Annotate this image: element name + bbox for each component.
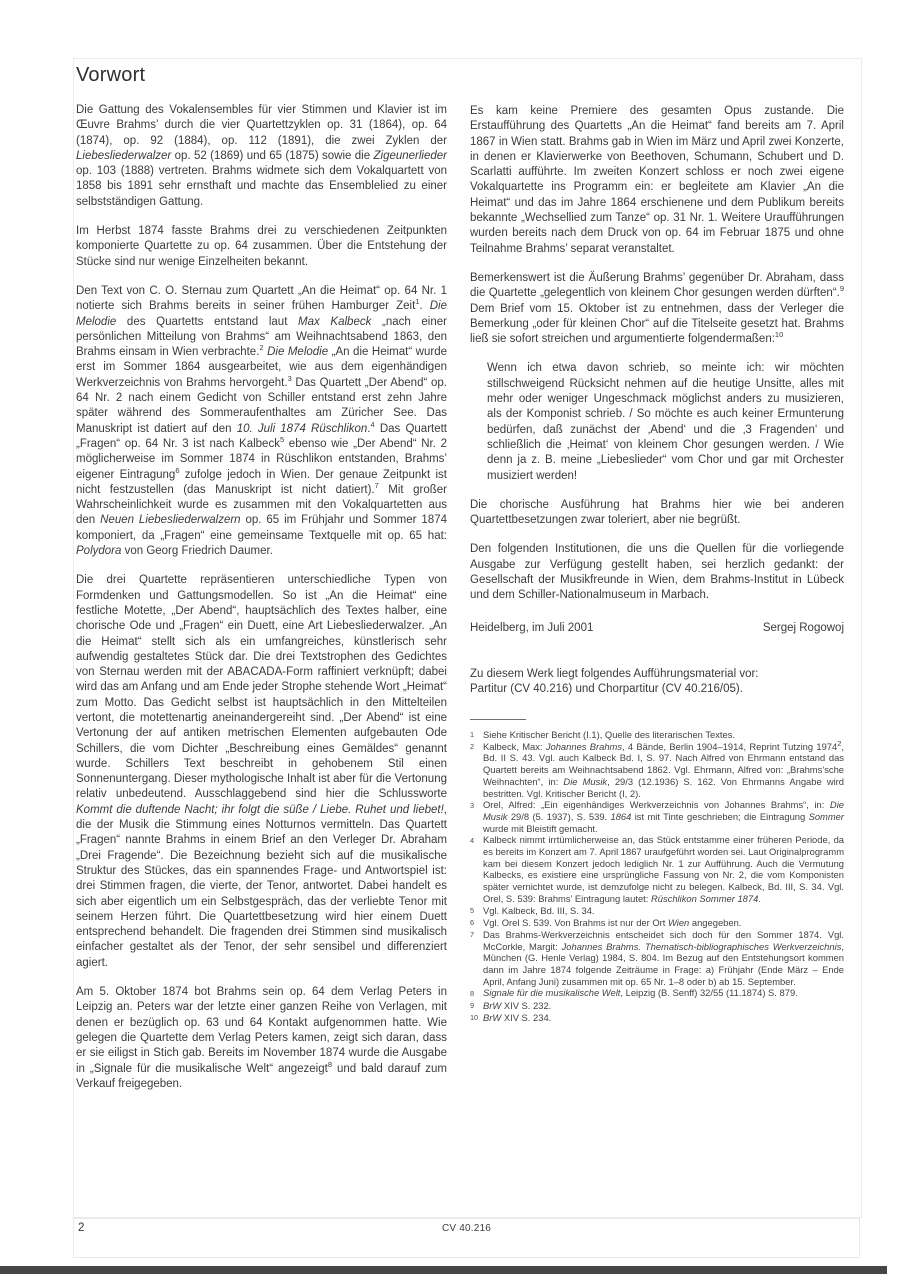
footnote-number: 9 (470, 1000, 483, 1012)
paragraph: Am 5. Oktober 1874 bot Brahms sein op. 6… (76, 985, 447, 1092)
footnote-separator (470, 719, 526, 720)
footnote-text: Siehe Kritischer Bericht (I.1), Quelle d… (483, 729, 844, 741)
footnote-item: 10 BrW XIV S. 234. (470, 1012, 844, 1024)
footnote-number: 6 (470, 917, 483, 929)
paragraph: Die chorische Ausführung hat Brahms hier… (470, 498, 844, 529)
footnote-number: 7 (470, 929, 483, 988)
paragraph: Es kam keine Premiere des gesamten Opus … (470, 104, 844, 257)
document-page: Vorwort Die Gattung des Vokalensembles f… (0, 0, 900, 1274)
footnote-item: 7 Das Brahms-Werkverzeichnis entscheidet… (470, 929, 844, 988)
signature-row: Heidelberg, im Juli 2001 Sergej Rogowoj (470, 621, 844, 636)
footnote-text: BrW XIV S. 234. (483, 1012, 844, 1024)
left-column: Vorwort Die Gattung des Vokalensembles f… (76, 64, 447, 1092)
material-note-line: Zu diesem Werk liegt folgendes Aufführun… (470, 667, 844, 682)
paragraph: Die drei Quartette repräsentieren unters… (76, 573, 447, 971)
footnote-item: 8 Signale für die musikalische Welt, Lei… (470, 987, 844, 999)
footnote-text: Vgl. Orel S. 539. Von Brahms ist nur der… (483, 917, 844, 929)
footnote-text: Vgl. Kalbeck, Bd. III, S. 34. (483, 905, 844, 917)
footnote-list: 1 Siehe Kritischer Bericht (I.1), Quelle… (470, 729, 844, 1025)
footnote-text: BrW XIV S. 232. (483, 1000, 844, 1012)
footnote-text: Orel, Alfred: „Ein eigenhändiges Werkver… (483, 799, 844, 834)
paragraph: Die Gattung des Vokalensembles für vier … (76, 103, 447, 210)
footnote-number: 2 (470, 741, 483, 800)
footnote-number: 3 (470, 799, 483, 834)
right-column: Es kam keine Premiere des gesamten Opus … (470, 64, 844, 1024)
page-title: Vorwort (76, 64, 447, 86)
footnote-number: 1 (470, 729, 483, 741)
page-footer: 2 CV 40.216 (73, 1218, 860, 1258)
footnote-number: 4 (470, 834, 483, 904)
footnote-text: Signale für die musikalische Welt, Leipz… (483, 987, 844, 999)
footnote-text: Das Brahms-Werkverzeichnis entscheidet s… (483, 929, 844, 988)
footnote-item: 9 BrW XIV S. 232. (470, 1000, 844, 1012)
signature-place-date: Heidelberg, im Juli 2001 (470, 621, 593, 636)
footnote-number: 8 (470, 987, 483, 999)
footnote-item: 5 Vgl. Kalbeck, Bd. III, S. 34. (470, 905, 844, 917)
footnote-number: 10 (470, 1012, 483, 1024)
footnote-item: 3 Orel, Alfred: „Ein eigenhändiges Werkv… (470, 799, 844, 834)
footnote-item: 1 Siehe Kritischer Bericht (I.1), Quelle… (470, 729, 844, 741)
performance-material-note: Zu diesem Werk liegt folgendes Aufführun… (470, 667, 844, 698)
footnote-item: 2 Kalbeck, Max: Johannes Brahms, 4 Bände… (470, 741, 844, 800)
quote-block: Wenn ich etwa davon schrieb, so meinte i… (487, 361, 844, 483)
footnote-item: 6 Vgl. Orel S. 539. Von Brahms ist nur d… (470, 917, 844, 929)
footnote-text: Kalbeck nimmt irrtümlicherweise an, das … (483, 834, 844, 904)
material-note-line: Partitur (CV 40.216) und Chorpartitur (C… (470, 682, 844, 697)
footer-catalog-number: CV 40.216 (74, 1223, 859, 1234)
footnote-item: 4 Kalbeck nimmt irrtümlicherweise an, da… (470, 834, 844, 904)
paragraph: Den folgenden Institutionen, die uns die… (470, 542, 844, 603)
paragraph: Den Text von C. O. Sternau zum Quartett … (76, 284, 447, 559)
paragraph: Im Herbst 1874 fasste Brahms drei zu ver… (76, 224, 447, 270)
scan-edge-bar (0, 1266, 887, 1274)
paragraph: Bemerkenswert ist die Äußerung Brahms’ g… (470, 271, 844, 347)
footnote-text: Kalbeck, Max: Johannes Brahms, 4 Bände, … (483, 741, 844, 800)
signature-author: Sergej Rogowoj (763, 621, 844, 636)
footnote-number: 5 (470, 905, 483, 917)
